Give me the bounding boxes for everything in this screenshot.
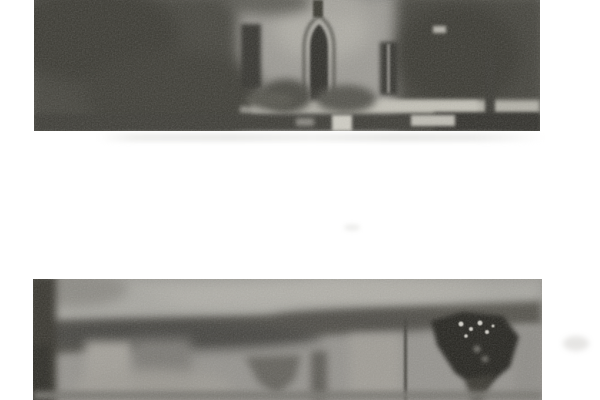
film-grain-overlay: [34, 0, 540, 131]
film-grain-overlay: [33, 279, 542, 400]
top-photograph: [34, 0, 540, 131]
scanned-page: [0, 0, 600, 400]
scan-artifact-caption-smudge: [98, 133, 544, 142]
top-photograph-canvas: [34, 0, 540, 131]
scan-artifact-right-smudge: [563, 336, 589, 351]
bottom-photograph: [33, 279, 542, 400]
bottom-photograph-canvas: [33, 279, 542, 400]
scan-artifact-mid-mark: [344, 224, 360, 231]
